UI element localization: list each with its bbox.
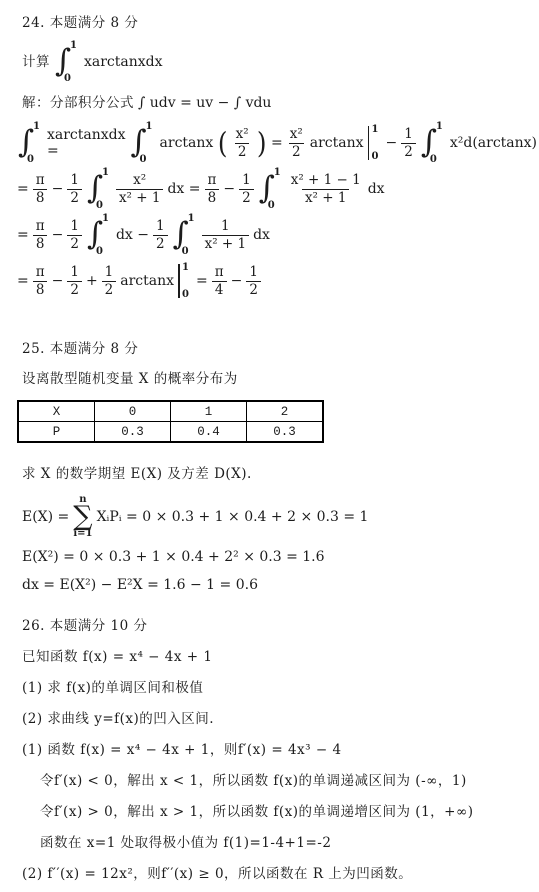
fraction: 1 x² + 1 [202, 218, 250, 251]
integral-icon: ∫ 1 0 [17, 122, 43, 164]
integrand-text: xarctanxdx [84, 54, 163, 70]
summation-icon: n ∑ i=1 [73, 495, 92, 540]
fraction-numerator: 1 [401, 126, 416, 142]
fraction-numerator: 1 [67, 218, 82, 234]
problem-26: 26. 本题满分 10 分 已知函数 f(x) = x⁴ − 4x + 1 (1… [22, 617, 531, 883]
eq2-term: dx [368, 181, 385, 197]
table-row: X 0 1 2 [18, 401, 323, 422]
table-cell: X [18, 401, 95, 422]
fraction-numerator: x² [233, 126, 252, 142]
problem-25: 25. 本题满分 8 分 设离散型随机变量 X 的概率分布为 X 0 1 2 P… [22, 340, 531, 593]
e2-text: E(X²) = 0 × 0.3 + 1 × 0.4 + 2² × 0.3 = 1… [22, 549, 325, 565]
integral-lower-limit: 0 [140, 154, 147, 165]
fraction-denominator: 8 [33, 235, 48, 252]
integral-lower-limit: 0 [96, 200, 103, 211]
integral-icon: ∫ 1 0 [86, 214, 112, 256]
fraction-denominator: 2 [67, 189, 82, 206]
evaluation-upper-limit: 1 [182, 262, 189, 273]
fraction-numerator: 1 [67, 264, 82, 280]
eq3-term: dx [253, 227, 270, 243]
fraction-denominator: 2 [153, 235, 168, 252]
fraction-denominator: 8 [205, 189, 220, 206]
solution-intro: 解：分部积分公式 ∫ udv = uv − ∫ vdu [22, 94, 531, 112]
fraction: 1 2 [246, 264, 261, 297]
equation-line-4: = π 8 − 1 2 + 1 2 arctanx 1 0 = [17, 258, 531, 304]
evaluation-bar-line [368, 126, 370, 160]
fraction-denominator: 2 [235, 143, 250, 160]
integral-icon: ∫ 1 0 [86, 168, 112, 210]
fraction-numerator: 1 [239, 172, 254, 188]
fraction: 1 2 [67, 264, 82, 297]
fraction: 1 2 [67, 172, 82, 205]
fraction-numerator: π [33, 172, 48, 188]
fraction: π 8 [205, 172, 220, 205]
integral-lower-limit: 0 [268, 200, 275, 211]
eq1-term: = [271, 135, 283, 151]
eq2-term: − [52, 181, 64, 197]
equation-line-1: ∫ 1 0 xarctanxdx = ∫ 1 0 arctanx ( x² 2 … [17, 120, 531, 166]
evaluation-upper-limit: 1 [372, 124, 379, 135]
table-cell: 1 [171, 401, 247, 422]
integral-lower-limit: 0 [182, 246, 189, 257]
fraction: x² 2 [233, 126, 252, 159]
integral-icon: ∫ 1 0 [130, 122, 156, 164]
integral-lower-limit: 0 [27, 154, 34, 165]
fraction-numerator: x² [287, 126, 306, 142]
fraction: x² + 1 − 1 x² + 1 [288, 172, 364, 205]
document-page: 24. 本题满分 8 分 计算 ∫ 1 0 xarctanxdx 解：分部积分公… [0, 0, 539, 892]
fraction-numerator: 1 [246, 264, 261, 280]
integral-icon: ∫ 1 0 [172, 214, 198, 256]
e1-term: XᵢPᵢ = 0 × 0.3 + 1 × 0.4 + 2 × 0.3 = 1 [97, 509, 369, 525]
left-paren: ( [218, 129, 228, 158]
fraction-denominator: 8 [33, 281, 48, 298]
fraction: 1 2 [401, 126, 416, 159]
fraction-denominator: 2 [401, 143, 416, 160]
problem-26-line: 令f′(x) > 0，解出 x > 1，所以函数 f(x)的单调递增区间为 (1… [22, 803, 531, 821]
integral-icon: ∫ 1 0 [420, 122, 446, 164]
eq4-term: arctanx [120, 273, 174, 289]
fraction-denominator: 2 [239, 189, 254, 206]
problem-24: 24. 本题满分 8 分 计算 ∫ 1 0 xarctanxdx 解：分部积分公… [22, 14, 531, 304]
integration-by-parts-formula: ∫ udv = uv − ∫ vdu [138, 95, 271, 111]
evaluation-bar-line [178, 264, 180, 298]
integral-lower-limit: 0 [64, 73, 71, 84]
compute-prefix: 计算 [22, 53, 50, 71]
problem-26-line: 已知函数 f(x) = x⁴ − 4x + 1 [22, 648, 531, 666]
fraction: 1 2 [153, 218, 168, 251]
right-paren: ) [257, 129, 267, 158]
fraction: π 4 [212, 264, 227, 297]
eq3-term: dx − [116, 227, 149, 243]
integral-upper-limit: 1 [436, 121, 443, 132]
solution-label: 解：分部积分公式 [22, 94, 134, 112]
table-cell: P [18, 422, 95, 443]
table-row: P 0.3 0.4 0.3 [18, 422, 323, 443]
eq4-term: − [231, 273, 243, 289]
integral-upper-limit: 1 [102, 167, 109, 178]
fraction-denominator: x² + 1 [302, 189, 350, 206]
problem-26-line: 函数在 x=1 处取得极小值为 f(1)=1-4+1=-2 [22, 834, 531, 852]
fraction-numerator: π [33, 264, 48, 280]
problem-26-line: (2) 求曲线 y=f(x)的凹入区间. [22, 710, 531, 728]
problem-25-question: 求 X 的数学期望 E(X) 及方差 D(X). [22, 465, 531, 483]
fraction-denominator: 2 [102, 281, 117, 298]
fraction-denominator: 4 [212, 281, 227, 298]
evaluation-lower-limit: 0 [182, 289, 189, 300]
table-cell: 0 [95, 401, 171, 422]
fraction-numerator: π [212, 264, 227, 280]
problem-26-line: 令f′(x) < 0，解出 x < 1，所以函数 f(x)的单调递减区间为 (-… [22, 772, 531, 790]
eq3-term: = [17, 227, 29, 243]
eq2-term: dx = [167, 181, 200, 197]
problem-24-statement: 计算 ∫ 1 0 xarctanxdx [22, 40, 531, 84]
eq2-term: − [223, 181, 235, 197]
fraction: 1 2 [239, 172, 254, 205]
eq2-term: = [17, 181, 29, 197]
eq1-term: xarctanxdx = [47, 127, 126, 159]
fraction: 1 2 [102, 264, 117, 297]
eq4-term: − [52, 273, 64, 289]
fraction-numerator: 1 [102, 264, 117, 280]
integral-upper-limit: 1 [274, 167, 281, 178]
problem-26-line: (2) f′′(x) = 12x²，则f′′(x) ≥ 0，所以函数在 R 上为… [22, 865, 531, 883]
sum-glyph: ∑ [73, 506, 92, 529]
eq4-term: + [86, 273, 98, 289]
problem-26-line: (1) 求 f(x)的单调区间和极值 [22, 679, 531, 697]
eq1-term: − [386, 135, 398, 151]
fraction-numerator: π [205, 172, 220, 188]
problem-26-title: 26. 本题满分 10 分 [22, 617, 531, 635]
fraction-numerator: 1 [218, 218, 233, 234]
fraction: π 8 [33, 218, 48, 251]
variance-equation: dx = E(X²) − E²X = 1.6 − 1 = 0.6 [22, 577, 531, 593]
problem-25-title: 25. 本题满分 8 分 [22, 340, 531, 358]
fraction-numerator: π [33, 218, 48, 234]
sum-lower-limit: i=1 [73, 529, 92, 539]
table-cell: 0.4 [171, 422, 247, 443]
integral-lower-limit: 0 [430, 154, 437, 165]
eq4-term: = [196, 273, 208, 289]
fraction-denominator: 2 [67, 235, 82, 252]
eq4-term: = [17, 273, 29, 289]
fraction-numerator: 1 [153, 218, 168, 234]
integral-upper-limit: 1 [102, 213, 109, 224]
fraction-denominator: x² + 1 [116, 189, 164, 206]
equation-line-2: = π 8 − 1 2 ∫ 1 0 x² x² + 1 dx = π 8 [17, 166, 531, 212]
table-cell: 2 [247, 401, 324, 422]
evaluation-bar: 1 0 [368, 125, 382, 161]
fraction-denominator: 2 [246, 281, 261, 298]
integral-icon: ∫ 1 0 [258, 168, 284, 210]
fraction-numerator: x² + 1 − 1 [288, 172, 364, 188]
integral-upper-limit: 1 [70, 40, 77, 51]
expectation-equation: E(X) = n ∑ i=1 XᵢPᵢ = 0 × 0.3 + 1 × 0.4 … [22, 491, 531, 543]
problem-24-title: 24. 本题满分 8 分 [22, 14, 531, 32]
fraction: x² x² + 1 [116, 172, 164, 205]
fraction: x² 2 [287, 126, 306, 159]
table-cell: 0.3 [95, 422, 171, 443]
problem-26-line: (1) 函数 f(x) = x⁴ − 4x + 1，则f′(x) = 4x³ −… [22, 741, 531, 759]
eq1-term: arctanx [310, 135, 364, 151]
fraction-denominator: x² + 1 [202, 235, 250, 252]
fraction-denominator: 2 [67, 281, 82, 298]
evaluation-lower-limit: 0 [372, 151, 379, 162]
table-cell: 0.3 [247, 422, 324, 443]
e1-term: E(X) = [22, 509, 69, 525]
eq1-term: arctanx [160, 135, 214, 151]
second-moment-equation: E(X²) = 0 × 0.3 + 1 × 0.4 + 2² × 0.3 = 1… [22, 549, 531, 565]
fraction-numerator: x² [130, 172, 149, 188]
fraction: π 8 [33, 264, 48, 297]
integral-upper-limit: 1 [188, 213, 195, 224]
integral-lower-limit: 0 [96, 246, 103, 257]
fraction-numerator: 1 [67, 172, 82, 188]
problem-25-description: 设离散型随机变量 X 的概率分布为 [22, 370, 531, 388]
eq1-term: x²d(arctanx) [450, 135, 537, 151]
fraction: π 8 [33, 172, 48, 205]
equation-line-3: = π 8 − 1 2 ∫ 1 0 dx − 1 2 ∫ 1 [17, 212, 531, 258]
eq3-term: − [52, 227, 64, 243]
fraction-denominator: 8 [33, 189, 48, 206]
integral-icon: ∫ 1 0 [54, 41, 80, 83]
fraction: 1 2 [67, 218, 82, 251]
integral-upper-limit: 1 [146, 121, 153, 132]
integral-upper-limit: 1 [33, 121, 40, 132]
evaluation-bar: 1 0 [178, 263, 192, 299]
e3-text: dx = E(X²) − E²X = 1.6 − 1 = 0.6 [22, 577, 258, 593]
fraction-denominator: 2 [289, 143, 304, 160]
probability-table: X 0 1 2 P 0.3 0.4 0.3 [17, 400, 324, 443]
